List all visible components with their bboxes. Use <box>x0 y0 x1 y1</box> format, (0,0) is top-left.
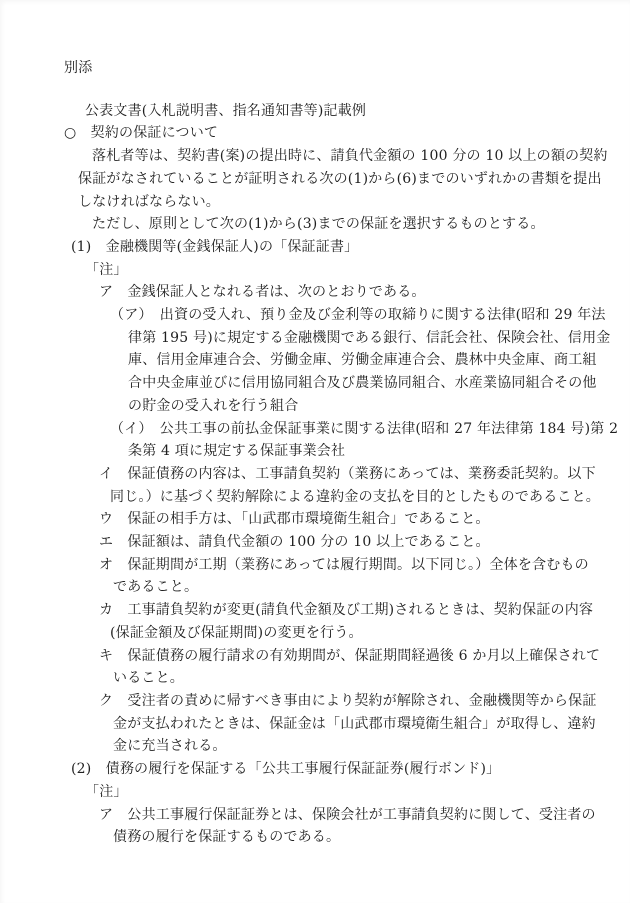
doc-line: 合中央金庫並びに信用協同組合及び農業協同組合、水産業協同組合その他 <box>64 372 602 395</box>
doc-line: オ 保証期間が工期（業務にあっては履行期間。以下同じ。）全体を含むもの <box>64 554 602 577</box>
doc-line: いること。 <box>64 667 602 690</box>
doc-line: イ 保証債務の内容は、工事請負契約（業務にあっては、業務委託契約。以下 <box>64 463 602 486</box>
doc-line: ク 受注者の責めに帰すべき事由により契約が解除され、金融機関等から保証 <box>64 690 602 713</box>
doc-line: ウ 保証の相手方は、「山武郡市環境衛生組合」であること。 <box>64 508 602 531</box>
document-page: 別添公表文書(入札説明書、指名通知書等)記載例○ 契約の保証について落札者等は、… <box>0 0 630 903</box>
doc-line: 落札者等は、契約書(案)の提出時に、請負代金額の 100 分の 10 以上の額の… <box>64 145 602 168</box>
doc-line: (保証金額及び保証期間)の変更を行う。 <box>64 622 602 645</box>
doc-line: カ 工事請負契約が変更(請負代金額及び工期)されるときは、契約保証の内容 <box>64 599 602 622</box>
doc-line: キ 保証債務の履行請求の有効期間が、保証期間経過後 6 か月以上確保されて <box>64 645 602 668</box>
document-body: 別添公表文書(入札説明書、指名通知書等)記載例○ 契約の保証について落札者等は、… <box>64 57 602 849</box>
doc-line: 金に充当される。 <box>64 735 602 758</box>
doc-line: エ 保証額は、請負代金額の 100 分の 10 以上であること。 <box>64 531 602 554</box>
doc-line: 金が支払われたときは、保証金は「山武郡市環境衛生組合」が取得し、違約 <box>64 713 602 736</box>
doc-line: しなければならない。 <box>64 191 602 214</box>
doc-line: 保証がなされていることが証明される次の(1)から(6)までのいずれかの書類を提出 <box>64 168 602 191</box>
item-1-heading: (1) 金融機関等(金銭保証人)の「保証証書」 <box>64 236 602 259</box>
doc-line: 債務の履行を保証するものである。 <box>64 826 602 849</box>
annex-label: 別添 <box>64 57 602 80</box>
doc-line: の貯金の受入れを行う組合 <box>64 395 602 418</box>
doc-line: 同じ。）に基づく契約解除による違約金の支払を目的としたものであること。 <box>64 486 602 509</box>
doc-line: ただし、原則として次の(1)から(3)までの保証を選択するものとする。 <box>64 213 602 236</box>
doc-line: ア 公共工事履行保証証券とは、保険会社が工事請負契約に関して、受注者の <box>64 804 602 827</box>
doc-line: であること。 <box>64 576 602 599</box>
doc-line: 律第 195 号)に規定する金融機関である銀行、信託会社、保険会社、信用金 <box>64 327 602 350</box>
item-2-heading: (2) 債務の履行を保証する「公共工事履行保証証券(履行ボンド)」 <box>64 758 602 781</box>
page-title: 公表文書(入札説明書、指名通知書等)記載例 <box>64 100 602 123</box>
doc-line: ア 金銭保証人となれる者は、次のとおりである。 <box>64 281 602 304</box>
doc-line: （イ） 公共工事の前払金保証事業に関する法律(昭和 27 年法律第 184 号)… <box>64 418 602 441</box>
note-label: 「注」 <box>64 781 602 804</box>
section-heading: ○ 契約の保証について <box>64 122 602 145</box>
doc-line: 条第 4 項に規定する保証事業会社 <box>64 440 602 463</box>
note-label: 「注」 <box>64 259 602 282</box>
doc-line: （ア） 出資の受入れ、預り金及び金利等の取締りに関する法律(昭和 29 年法 <box>64 304 602 327</box>
doc-line: 庫、信用金庫連合会、労働金庫、労働金庫連合会、農林中央金庫、商工組 <box>64 349 602 372</box>
